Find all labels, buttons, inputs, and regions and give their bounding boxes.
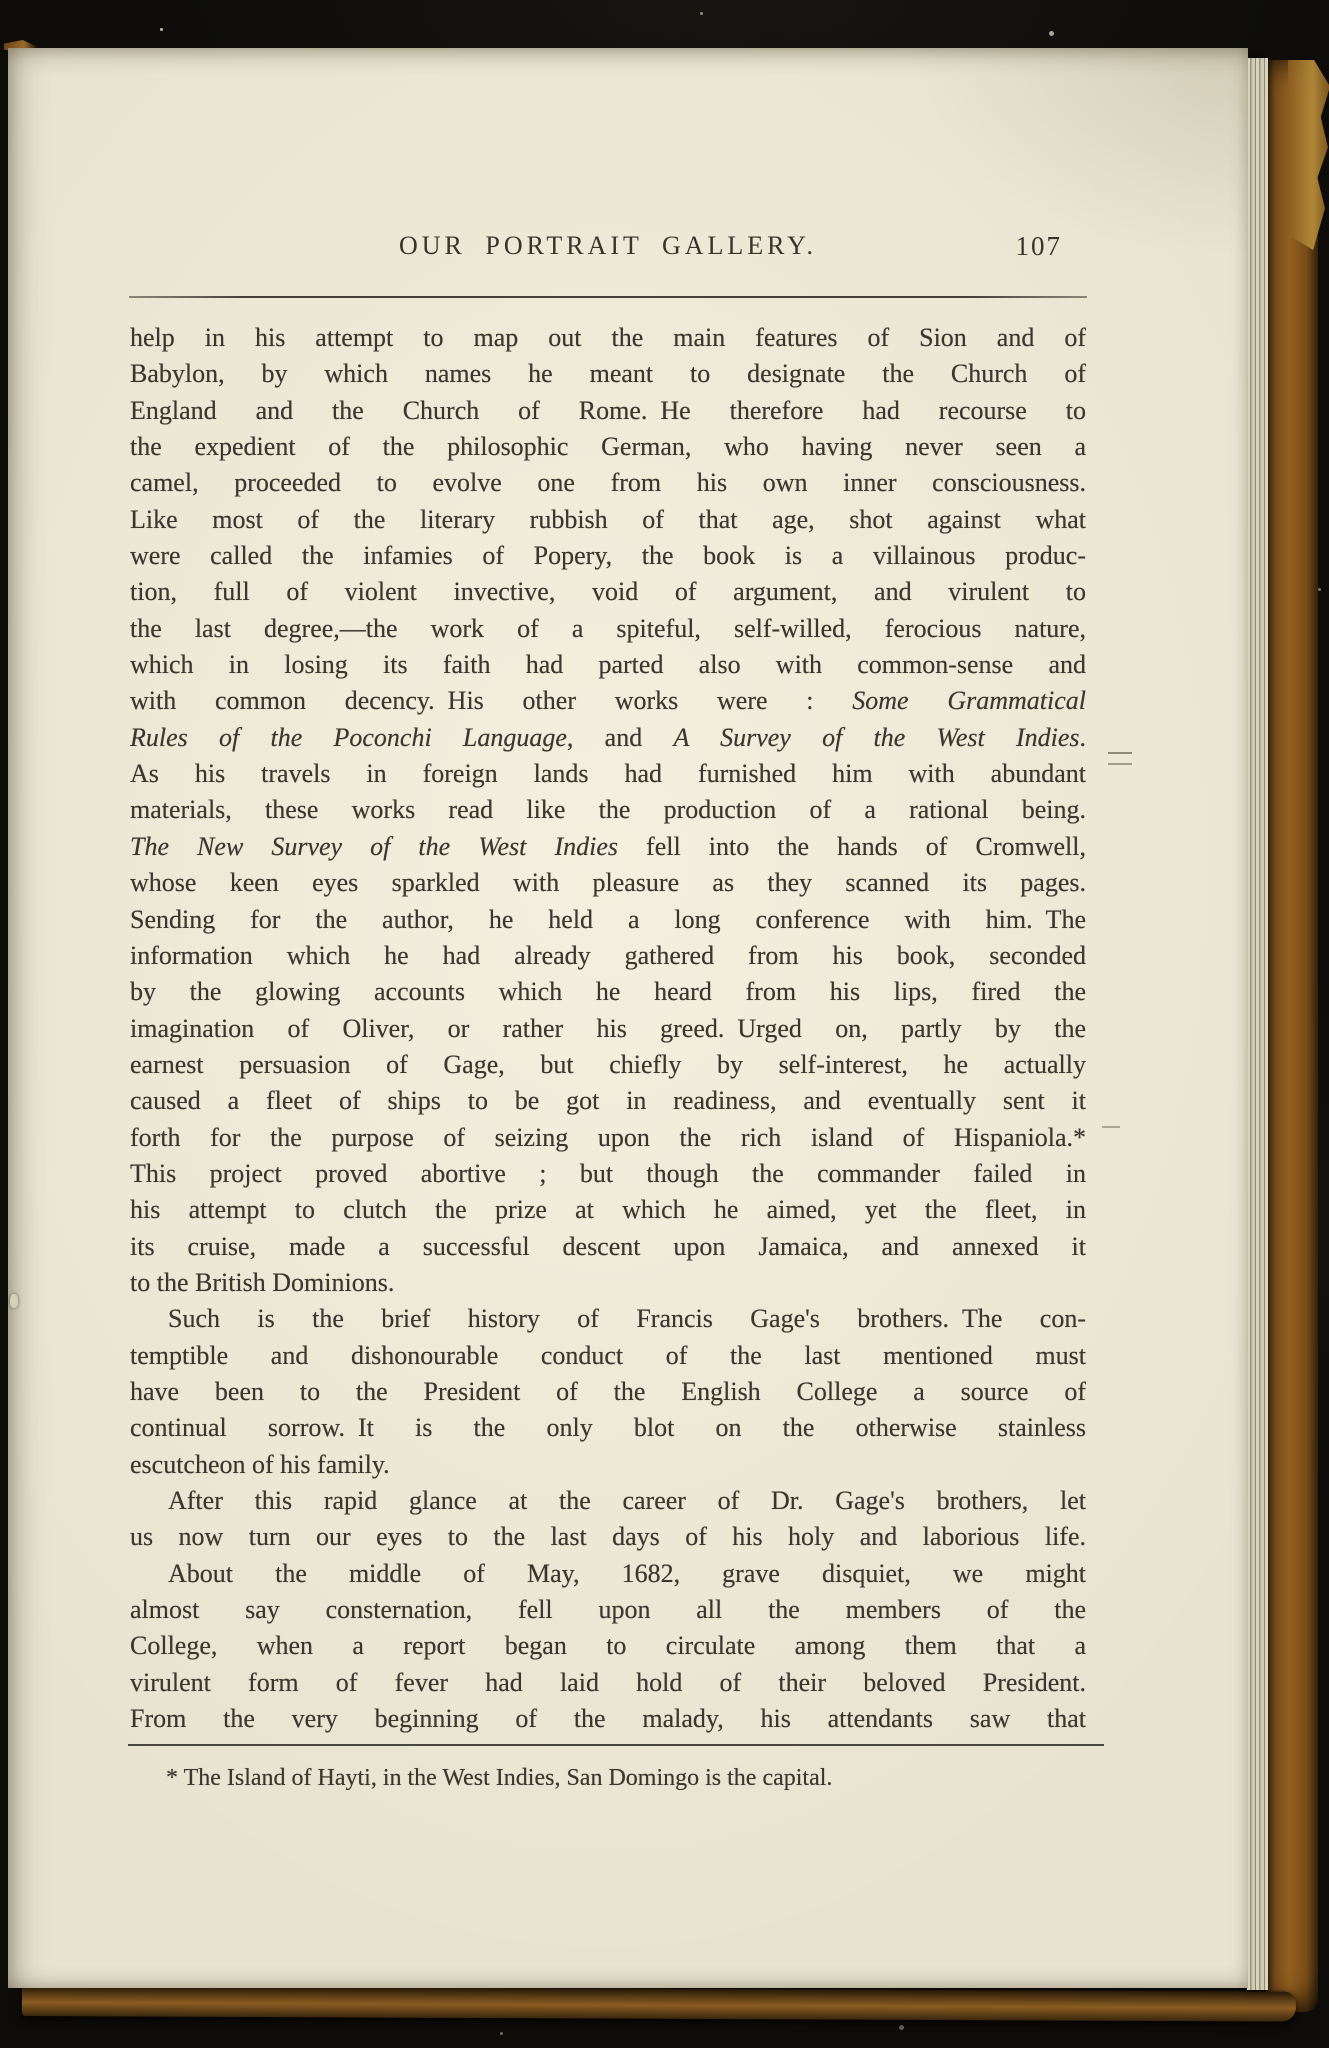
body-text-line: College, when a report began to circulat… (130, 1628, 1086, 1664)
footnote-rule (128, 1744, 1104, 1746)
book-bottom-cover-edge (22, 1986, 1296, 2022)
spine-torn-flap (1288, 60, 1329, 250)
stacked-page-edges (1247, 58, 1268, 1990)
body-text-line: As his travels in foreign lands had furn… (130, 756, 1086, 792)
body-text-line: Like most of the literary rubbish of tha… (130, 502, 1086, 538)
body-text-line: the last degree,—the work of a spiteful,… (130, 611, 1086, 647)
body-text-line: tion, full of violent invective, void of… (130, 574, 1086, 610)
body-text-line: his attempt to clutch the prize at which… (130, 1192, 1086, 1228)
body-text-line: England and the Church of Rome. He there… (130, 393, 1086, 429)
body-text-line: Such is the brief history of Francis Gag… (130, 1301, 1086, 1337)
body-text-line: About the middle of May, 1682, grave dis… (130, 1556, 1086, 1592)
body-text-line: Babylon, by which names he meant to desi… (130, 356, 1086, 392)
page-edge-speck (10, 1294, 18, 1308)
body-text-line: forth for the purpose of seizing upon th… (130, 1120, 1086, 1156)
body-text-line: From the very beginning of the malady, h… (130, 1701, 1086, 1737)
body-text: help in his attempt to map out the main … (130, 320, 1086, 1737)
dust-specks (160, 28, 163, 31)
running-head: OUR PORTRAIT GALLERY. 107 (130, 228, 1086, 264)
body-text-line: materials, these works read like the pro… (130, 792, 1086, 828)
body-text-line: which in losing its faith had parted als… (130, 647, 1086, 683)
body-text-line: earnest persuasion of Gage, but chiefly … (130, 1047, 1086, 1083)
body-text-line: with common decency. His other works wer… (130, 683, 1086, 719)
body-text-line: camel, proceeded to evolve one from his … (130, 465, 1086, 501)
body-text-line: to the British Dominions. (130, 1265, 1086, 1301)
body-text-line: whose keen eyes sparkled with pleasure a… (130, 865, 1086, 901)
body-text-line: help in his attempt to map out the main … (130, 320, 1086, 356)
body-text-line: Rules of the Poconchi Language, and A Su… (130, 720, 1086, 756)
page-title: OUR PORTRAIT GALLERY. (130, 228, 1086, 264)
body-text-line: The New Survey of the West Indies fell i… (130, 829, 1086, 865)
body-text-line: This project proved abortive ; but thoug… (130, 1156, 1086, 1192)
book-spine-leather (1266, 60, 1318, 2012)
body-text-line: information which he had already gathere… (130, 938, 1086, 974)
body-text-line: continual sorrow. It is the only blot on… (130, 1410, 1086, 1446)
body-text-line: have been to the President of the Englis… (130, 1374, 1086, 1410)
page-number: 107 (1016, 228, 1063, 264)
body-text-line: us now turn our eyes to the last days of… (130, 1519, 1086, 1555)
body-text-line: After this rapid glance at the career of… (130, 1483, 1086, 1519)
margin-press-mark (1108, 752, 1132, 765)
body-text-line: caused a fleet of ships to be got in rea… (130, 1083, 1086, 1119)
body-text-line: by the glowing accounts which he heard f… (130, 974, 1086, 1010)
body-text-line: imagination of Oliver, or rather his gre… (130, 1011, 1086, 1047)
body-text-line: virulent form of fever had laid hold of … (130, 1665, 1086, 1701)
body-text-line: escutcheon of his family. (130, 1447, 1086, 1483)
body-text-line: were called the infamies of Popery, the … (130, 538, 1086, 574)
book-page: OUR PORTRAIT GALLERY. 107 help in his at… (8, 48, 1248, 1988)
scanned-book-photo: { "page": { "header": { "title": "OUR PO… (0, 0, 1329, 2048)
body-text-line: Sending for the author, he held a long c… (130, 902, 1086, 938)
margin-press-mark (1102, 1126, 1120, 1128)
body-text-line: the expedient of the philosophic German,… (130, 429, 1086, 465)
body-text-line: almost say consternation, fell upon all … (130, 1592, 1086, 1628)
header-rule (129, 296, 1087, 298)
footnote-text: * The Island of Hayti, in the West Indie… (130, 1762, 1086, 1794)
body-text-line: temptible and dishonourable conduct of t… (130, 1338, 1086, 1374)
body-text-line: its cruise, made a successful descent up… (130, 1229, 1086, 1265)
